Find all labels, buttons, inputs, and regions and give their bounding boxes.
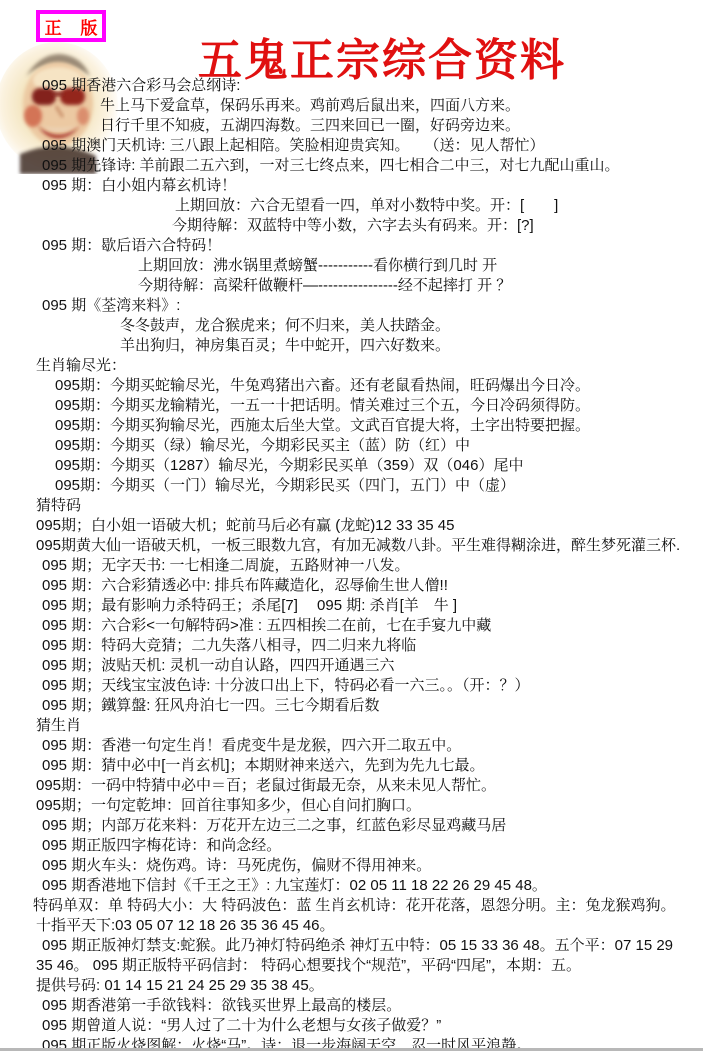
- text-line: 提供号码: 01 14 15 21 24 25 29 35 38 45。: [0, 976, 703, 996]
- text-line: 095期；白小姐一语破大机；蛇前马后必有赢 (龙蛇)12 33 35 45: [0, 516, 703, 536]
- text-line: 十指平天下:03 05 07 12 18 26 35 36 45 46。: [0, 916, 703, 936]
- text-line: 095 期；内部万花来料：万花开左边三二之事，红蓝色彩尽显鸡藏马居: [0, 816, 703, 836]
- text-line: 095 期香港六合彩马会总纲诗:: [0, 76, 703, 96]
- text-line: 095期：今期买（1287）输尽光，今期彩民买单（359）双（046）尾中: [0, 456, 703, 476]
- text-line: 095 期；鐵算盤: 狂风舟泊七一四。三七今期看后数: [0, 696, 703, 716]
- text-line: 095 期：白小姐内幕玄机诗！: [0, 176, 703, 196]
- text-line: 095 期香港地下信封《千王之王》: 九宝莲灯：02 05 11 18 22 2…: [0, 876, 703, 896]
- text-line: 095 期：香港一句定生肖！看虎变牛是龙猴，四六开二取五中。: [0, 736, 703, 756]
- text-line: 095 期澳门天机诗: 三八跟上起相陪。笑脸相迎贵宾知。 （送：见人帮忙）: [0, 136, 703, 156]
- text-line: 095期：一码中特猜中必中＝百；老鼠过街最无奈，从来未见人帮忙。: [0, 776, 703, 796]
- text-line: 095 期；天线宝宝波色诗: 十分波口出上下，特码必看一六三。。（开：？）: [0, 676, 703, 696]
- text-line: 095 期；最有影响力杀特码王；杀尾[7] 095 期: 杀肖[羊 牛 ]: [0, 596, 703, 616]
- text-line: 猜生肖: [0, 716, 703, 736]
- text-line: 095期：今期买（一门）输尽光，今期彩民买（四门，五门）中（虚）: [0, 476, 703, 496]
- text-line: 095 期：六合彩<一句解特码>准 : 五四相挨二在前，七在手宴九中藏: [0, 616, 703, 636]
- text-line: 牛上马下爱盒草，保码乐再来。鸡前鸡后鼠出来，四面八方来。: [0, 96, 703, 116]
- text-line: 特码单双：单 特码大小：大 特码波色：蓝 生肖玄机诗：花开花落，恩怨分明。主：兔…: [0, 896, 703, 916]
- text-line: 羊出狗归，神房集百灵；牛中蛇开，四六好数来。: [0, 336, 703, 356]
- text-line: 095期：今期买龙输精光，一五一十把话明。情关难过三个五，今日冷码须得防。: [0, 396, 703, 416]
- text-line: 095期：今期买狗输尽光，西施太后坐大堂。文武百官提大将，土字出特要把握。: [0, 416, 703, 436]
- text-line: 095 期火车头：烧伤鸡。诗：马死虎伤，偏财不得用神来。: [0, 856, 703, 876]
- text-line: 095 期：六合彩猜透必中: 排兵布阵藏造化，忍辱偷生世人僧!!: [0, 576, 703, 596]
- text-line: 095期：今期买蛇输尽光，牛兔鸡猪出六畜。还有老鼠看热闹，旺码爆出今日冷。: [0, 376, 703, 396]
- text-line: 095期；一句定乾坤：回首往事知多少，但心自问扪胸口。: [0, 796, 703, 816]
- text-line: 日行千里不知疲，五湖四海数。三四来回已一圈，好码旁边来。: [0, 116, 703, 136]
- text-line: 095 期：特码大竞猜；二九失落八相寻，四二归来九将临: [0, 636, 703, 656]
- text-line: 095 期：歇后语六合特码！: [0, 236, 703, 256]
- text-line: 095期黄大仙一语破天机，一板三眼数九宫，有加无减数八卦。平生难得糊涂进，醉生梦…: [0, 536, 703, 556]
- text-line: 今期待解：高梁秆做鞭杆—----------------经不起摔打 开 ？: [0, 276, 703, 296]
- text-line: 生肖输尽光：: [0, 356, 703, 376]
- text-line: 095 期；波贴天机: 灵机一动自认路，四四开通遇三六: [0, 656, 703, 676]
- text-line: 猜特码: [0, 496, 703, 516]
- text-line: 095 期；无字天书: 一七相逢二周旋，五路财神一八发。: [0, 556, 703, 576]
- text-line: 上期回放：六合无望看一四，单对小数特中奖。开：[ ]: [0, 196, 703, 216]
- text-line: 35 46。 095 期正版特平码信封： 特码心想要找个“规范”，平码“四尾”，…: [0, 956, 703, 976]
- text-line: 095 期曾道人说：“男人过了二十为什么老想与女孩子做爱？”: [0, 1016, 703, 1036]
- text-line: 095 期正版神灯禁支:蛇猴。此乃神灯特码绝杀 神灯五中特：05 15 33 3…: [0, 936, 703, 956]
- text-line: 095 期：猜中必中[一肖玄机]；本期财神来送六，先到为先九七最。: [0, 756, 703, 776]
- text-line: 095 期香港第一手欲钱料：欲钱买世界上最高的楼层。: [0, 996, 703, 1016]
- text-line: 095期：今期买（绿）输尽光，今期彩民买主（蓝）防（红）中: [0, 436, 703, 456]
- text-line: 冬冬鼓声，龙合猴虎来；何不归来，美人扶踏金。: [0, 316, 703, 336]
- authentic-badge: 正 版: [36, 10, 106, 42]
- text-line: 095 期正版四字梅花诗：和尚念经。: [0, 836, 703, 856]
- text-line: 今期待解：双蓝特中等小数，六字去头有码来。开：[?]: [0, 216, 703, 236]
- authentic-badge-label: 正 版: [38, 14, 105, 39]
- page: 正 版 五鬼正宗综合资料 095 期香港六合彩马会总纲诗:牛上马下爱盒草，保码乐…: [0, 0, 703, 1051]
- text-line: 上期回放：沸水锅里煮螃蟹-----------看你横行到几时 开: [0, 256, 703, 276]
- text-line: 095 期先锋诗: 羊前跟二五六到，一对三七终点来，四七相合二中三，对七九配山重…: [0, 156, 703, 176]
- text-line: 095 期《荃湾来料》:: [0, 296, 703, 316]
- content-lines: 095 期香港六合彩马会总纲诗:牛上马下爱盒草，保码乐再来。鸡前鸡后鼠出来，四面…: [0, 76, 703, 1051]
